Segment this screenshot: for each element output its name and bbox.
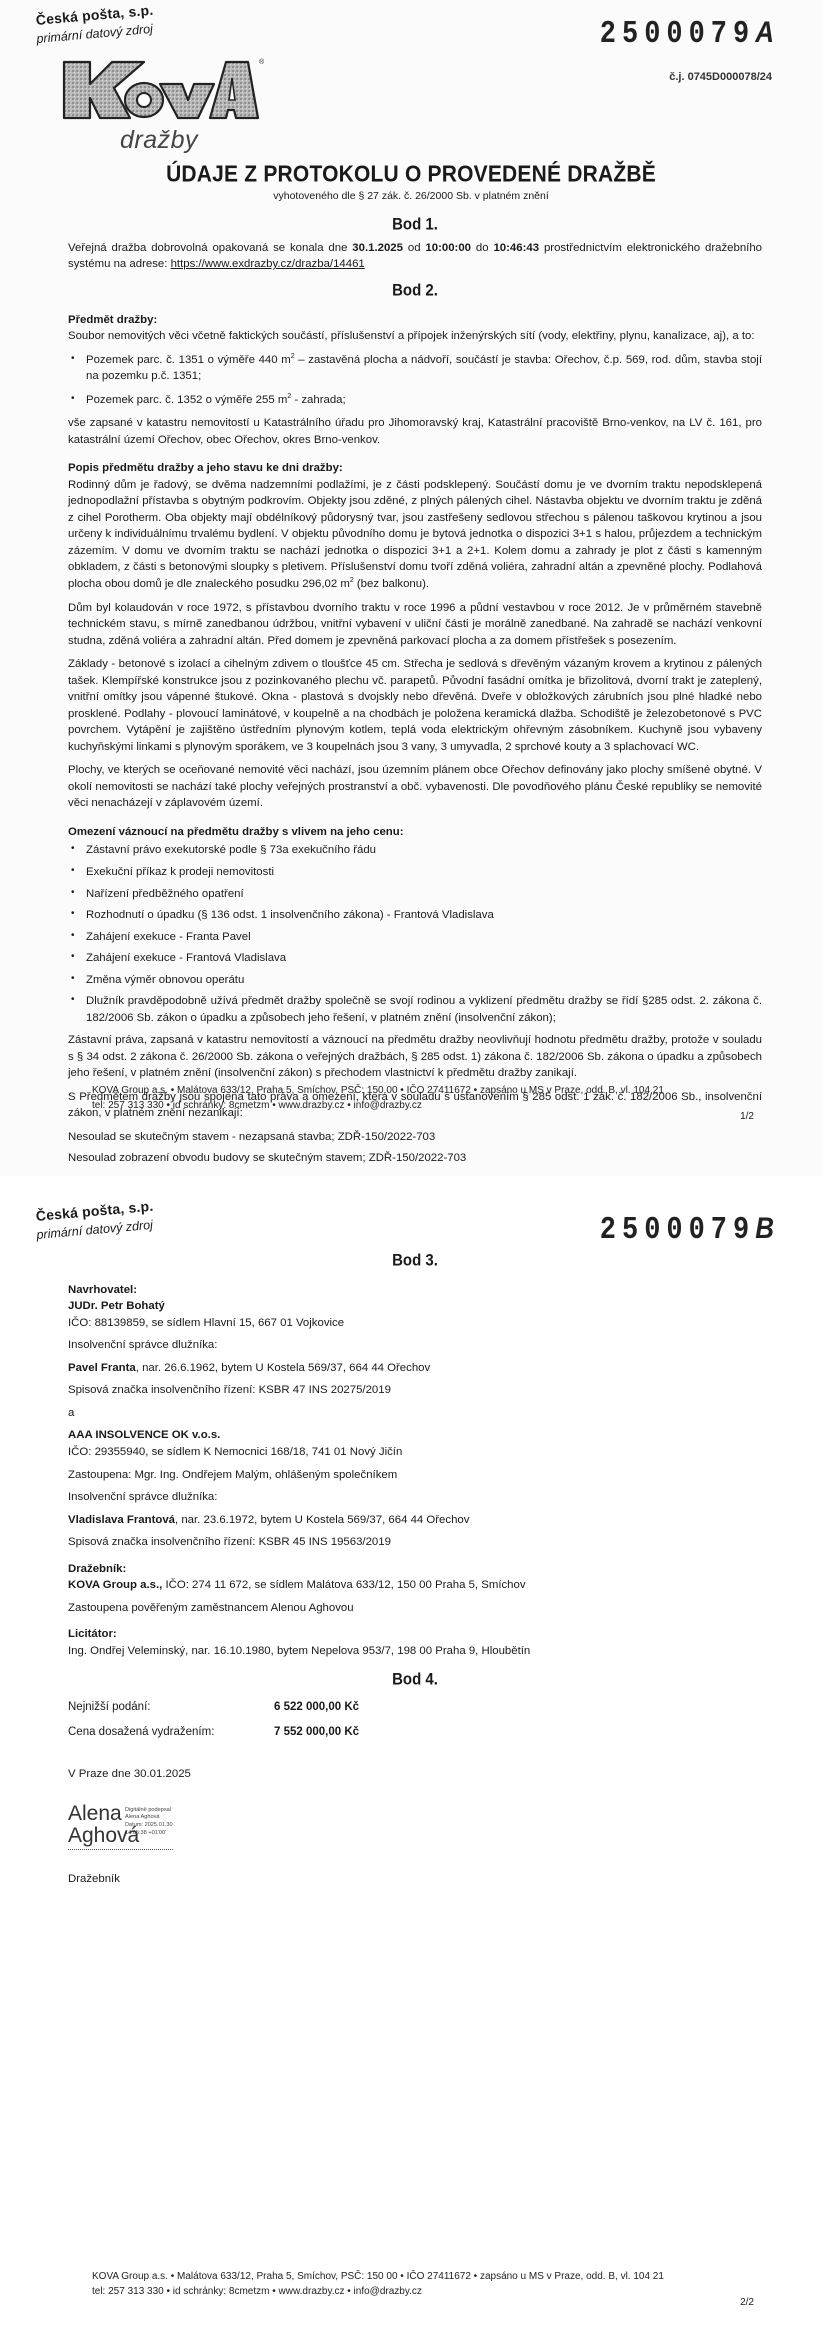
debtor-1-details: , nar. 26.6.1962, bytem U Kostela 569/37… (136, 1362, 430, 1374)
document-number-digits: 2500079 (600, 1214, 755, 1249)
page-1-footer: KOVA Group a.s. • Malátova 633/12, Praha… (92, 1083, 762, 1113)
proposer-heading: Navrhovatel: (68, 1282, 762, 1299)
description-paragraph: Rodinný dům je řadový, se dvěma nadzemní… (68, 477, 762, 593)
lowest-bid-value: 6 522 000,00 Kč (274, 1699, 359, 1716)
auctioneer-details: IČO: 274 11 672, se sídlem Malátova 633/… (162, 1579, 525, 1591)
licitator-details: Ing. Ondřej Veleminský, nar. 16.10.1980,… (68, 1643, 762, 1660)
signature-metadata: Digitálně podepsal Alena Aghová Datum: 2… (125, 1807, 173, 1837)
debtor-2: Vladislava Frantová, nar. 23.6.1972, byt… (68, 1512, 762, 1529)
subject-intro: Soubor nemovitých věci včetně faktických… (68, 328, 762, 345)
place-date: V Praze dne 30.01.2025 (68, 1766, 762, 1783)
trustee-label: Insolvenční správce dlužníka: (68, 1337, 762, 1354)
document-number-suffix: B (755, 1210, 774, 1245)
bod-2-heading: Bod 2. (68, 279, 762, 303)
parcel-list: Pozemek parc. č. 1351 o výměře 440 m2 – … (68, 352, 762, 409)
debtor-2-case: Spisová značka insolvenčního řízení: KSB… (68, 1534, 762, 1551)
licitator-block: Licitátor: Ing. Ondřej Veleminský, nar. … (68, 1626, 762, 1659)
lowest-bid-label: Nejnižší podání: (68, 1699, 274, 1716)
debtor-1-case: Spisová značka insolvenčního řízení: KSB… (68, 1382, 762, 1399)
document-number-suffix: A (755, 14, 774, 49)
footer-line-2: tel: 257 313 330 • id schránky: 8cmetzm … (92, 1098, 762, 1113)
auction-info: Veřejná dražba dobrovolná opakovaná se k… (68, 240, 762, 273)
restriction-item: Změna výměr obnovou operátu (68, 972, 762, 989)
description-paragraph: Základy - betonové s izolací a cihelným … (68, 656, 762, 755)
text-to: do (471, 242, 493, 254)
description-paragraph: Plochy, ve kterých se oceňované nemovité… (68, 762, 762, 812)
signature-meta-line: Alena Aghová (125, 1814, 173, 1822)
bod-4-heading: Bod 4. (68, 1668, 762, 1692)
auction-time-end: 10:46:43 (493, 242, 539, 254)
parcel-item: Pozemek parc. č. 1352 o výměře 255 m2 - … (68, 392, 762, 409)
bod-1-heading: Bod 1. (68, 213, 762, 237)
description-text-end: (bez balkonu). (354, 578, 429, 590)
restriction-item: Dlužník pravděpodobně užívá předmět draž… (68, 993, 762, 1026)
trustee-label: Insolvenční správce dlužníka: (68, 1489, 762, 1506)
lowest-bid-row: Nejnižší podání: 6 522 000,00 Kč (68, 1699, 762, 1716)
auctioneer-heading: Dražebník: (68, 1561, 762, 1578)
proposer-name: JUDr. Petr Bohatý (68, 1298, 762, 1315)
footer-line-2: tel: 257 313 330 • id schránky: 8cmetzm … (92, 2284, 762, 2299)
digital-signature: Alena Aghová Digitálně podepsal Alena Ag… (68, 1803, 762, 1863)
signature-role: Dražebník (68, 1871, 762, 1888)
signature-meta-line: 14:05:38 +01'00' (125, 1830, 173, 1838)
reference-number: č.j. 0745D000078/24 (669, 70, 772, 86)
restrictions-heading: Omezení váznoucí na předmětu dražby s vl… (68, 824, 762, 841)
document-subtitle: vyhotoveného dle § 27 zák. č. 26/2000 Sb… (0, 189, 822, 204)
persisting-item: Nesoulad se skutečným stavem - nezapsaná… (68, 1129, 762, 1146)
description-text: Rodinný dům je řadový, se dvěma nadzemní… (68, 479, 762, 590)
description-paragraph: Dům byl kolaudován v roce 1972, s přísta… (68, 600, 762, 650)
liens-text: Zástavní práva, zapsaná v katastru nemov… (68, 1032, 762, 1082)
proposer-id: IČO: 88139859, se sídlem Hlavní 15, 667 … (68, 1315, 762, 1332)
restriction-item: Nařízení předběžného opatření (68, 886, 762, 903)
persisting-item: Nesoulad zobrazení obvodu budovy se skut… (68, 1150, 762, 1167)
restriction-item: Zástavní právo exekutorské podle § 73a e… (68, 842, 762, 859)
debtor-1: Pavel Franta, nar. 26.6.1962, bytem U Ko… (68, 1360, 762, 1377)
final-price-value: 7 552 000,00 Kč (274, 1724, 359, 1741)
debtor-1-name: Pavel Franta (68, 1362, 136, 1374)
firm-representative: Zastoupena: Mgr. Ing. Ondřejem Malým, oh… (68, 1467, 762, 1484)
registry-text: vše zapsané v katastru nemovitostí u Kat… (68, 415, 762, 448)
final-price-row: Cena dosažená vydražením: 7 552 000,00 K… (68, 1724, 762, 1741)
auctioneer: KOVA Group a.s., IČO: 274 11 672, se síd… (68, 1577, 762, 1594)
footer-line-1: KOVA Group a.s. • Malátova 633/12, Praha… (92, 1083, 762, 1098)
signature-meta-line: Datum: 2025.01.30 (125, 1822, 173, 1830)
parcel-text: Pozemek parc. č. 1351 o výměře 440 m (86, 354, 291, 366)
page-2: Česká pošta, s.p. primární datový zdroj … (0, 1176, 822, 2352)
restriction-item: Zahájení exekuce - Franta Pavel (68, 929, 762, 946)
document-number: 2500079A (600, 11, 774, 58)
final-price-label: Cena dosažená vydražením: (68, 1724, 274, 1741)
auctioneer-block: Dražebník: KOVA Group a.s., IČO: 274 11 … (68, 1561, 762, 1617)
restrictions-list: Zástavní právo exekutorské podle § 73a e… (68, 842, 762, 1026)
footer-line-1: KOVA Group a.s. • Malátova 633/12, Praha… (92, 2269, 762, 2284)
auctioneer-representative: Zastoupena pověřeným zaměstnancem Alenou… (68, 1600, 762, 1617)
licitator-heading: Licitátor: (68, 1626, 762, 1643)
debtor-2-name: Vladislava Frantová (68, 1514, 175, 1526)
auction-info-text: Veřejná dražba dobrovolná opakovaná se k… (68, 242, 352, 254)
parcel-text: Pozemek parc. č. 1352 o výměře 255 m (86, 394, 287, 406)
firm-id: IČO: 29355940, se sídlem K Nemocnici 168… (68, 1444, 762, 1461)
firm-name: AAA INSOLVENCE OK v.o.s. (68, 1427, 762, 1444)
kova-logo: ® dražby (60, 58, 260, 158)
auctioneer-name: KOVA Group a.s., (68, 1579, 162, 1591)
parcel-item: Pozemek parc. č. 1351 o výměře 440 m2 – … (68, 352, 762, 385)
signature-line (68, 1849, 173, 1850)
logo-subtitle: dražby (120, 122, 260, 158)
page-number: 1/2 (740, 1110, 754, 1125)
parcel-text-suffix: - zahrada; (291, 394, 345, 406)
registered-mark: ® (259, 58, 264, 68)
auction-link[interactable]: https://www.exdrazby.cz/drazba/14461 (171, 258, 365, 270)
kova-logo-mark-icon (60, 58, 260, 124)
proposer-block: Navrhovatel: JUDr. Petr Bohatý IČO: 8813… (68, 1282, 762, 1551)
page-2-content: Bod 3. Navrhovatel: JUDr. Petr Bohatý IČ… (68, 1248, 762, 1887)
restriction-item: Exekuční příkaz k prodeji nemovitosti (68, 864, 762, 881)
conjunction: a (68, 1405, 762, 1422)
text-from: od (403, 242, 425, 254)
signature-meta-line: Digitálně podepsal (125, 1807, 173, 1815)
czech-post-stamp: Česká pošta, s.p. primární datový zdroj (35, 0, 156, 48)
page-1: Česká pošta, s.p. primární datový zdroj … (0, 0, 822, 1176)
auction-date: 30.1.2025 (352, 242, 403, 254)
restriction-item: Rozhodnutí o úpadku (§ 136 odst. 1 insol… (68, 907, 762, 924)
auction-time-start: 10:00:00 (425, 242, 471, 254)
czech-post-stamp: Česká pošta, s.p. primární datový zdroj (35, 1196, 156, 1245)
bod-3-heading: Bod 3. (68, 1249, 762, 1273)
document-number-digits: 2500079 (600, 18, 755, 53)
subject-heading: Předmět dražby: (68, 312, 762, 329)
restriction-item: Zahájení exekuce - Frantová Vladislava (68, 950, 762, 967)
page-1-content: Bod 1. Veřejná dražba dobrovolná opakova… (68, 212, 762, 1176)
document-title: ÚDAJE Z PROTOKOLU O PROVEDENÉ DRAŽBĚ (0, 158, 822, 192)
page-2-footer: KOVA Group a.s. • Malátova 633/12, Praha… (92, 2269, 762, 2299)
debtor-2-details: , nar. 23.6.1972, bytem U Kostela 569/37… (175, 1514, 469, 1526)
page-number: 2/2 (740, 2296, 754, 2311)
description-heading: Popis předmětu dražby a jeho stavu ke dn… (68, 460, 762, 477)
